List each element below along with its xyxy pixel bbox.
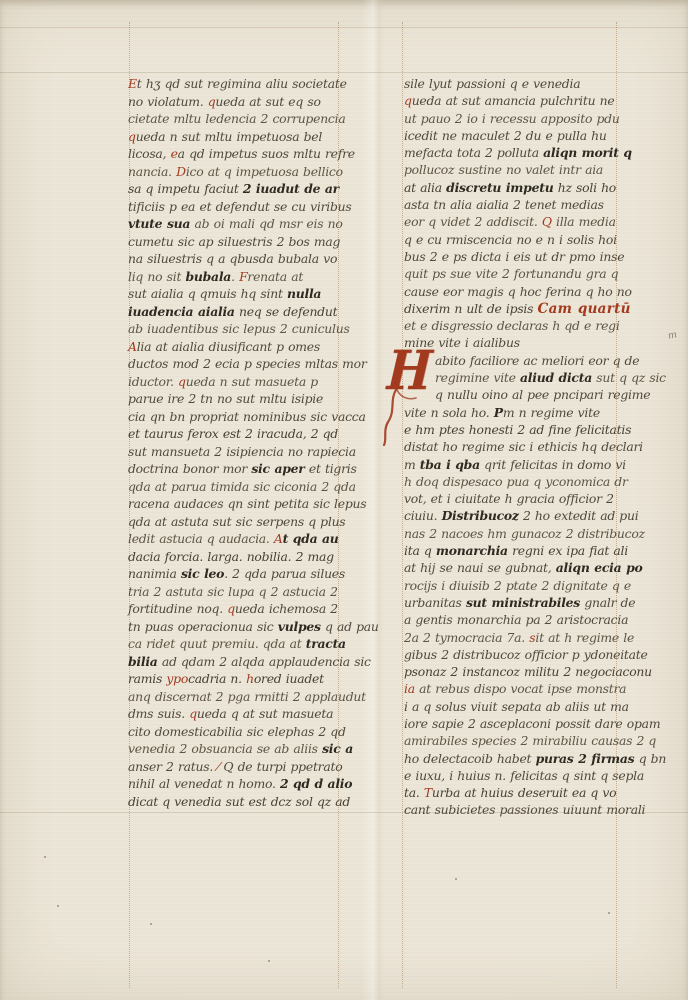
manuscript-line: cito domesticabilia sic elephas 2 qd [128, 723, 366, 741]
manuscript-line: anq discernat 2 pga rmitti 2 applaudut [128, 688, 366, 706]
manuscript-line: e hm ptes honesti 2 ad fine felicitatis [404, 421, 646, 438]
manuscript-line: tificiis p ea et defendut se cu viribus [128, 198, 366, 216]
manuscript-line: tria 2 astuta sic lupa q 2 astucia 2 [128, 583, 366, 601]
ruling-line-horizontal [0, 72, 688, 73]
manuscript-line: icedit ne maculet 2 du e pulla hu [404, 127, 646, 144]
drop-cap-initial: H [389, 344, 435, 444]
manuscript-line: et e disgressio declaras h qd e regi [404, 317, 646, 334]
manuscript-line: i a q solus viuit sepata ab aliis ut ma [404, 698, 646, 715]
manuscript-line: 2a 2 tymocracia 7a. sit at h regime le [404, 629, 646, 646]
manuscript-line: ia at rebus dispo vocat ipse monstra [404, 680, 646, 697]
manuscript-line: m tba i qba qrit felicitas in domo vi [404, 456, 646, 473]
manuscript-line: dacia forcia. larga. nobilia. 2 mag [128, 548, 366, 566]
manuscript-line: quit ps sue vite 2 fortunandu gra q [404, 265, 646, 282]
manuscript-line: liq no sit bubala. Frenata at [128, 268, 366, 286]
manuscript-line: nanimia sic leo. 2 qda parua silues [128, 565, 366, 583]
manuscript-line: vot, et i ciuitate h gracia officior 2 [404, 490, 646, 507]
manuscript-line: regimine vite aliud dicta sut q qz sic [404, 369, 646, 386]
manuscript-line: dicat q venedia sut est dcz sol qz ad [128, 793, 366, 811]
manuscript-line: et taurus ferox est 2 iracuda, 2 qd [128, 425, 366, 443]
manuscript-line: qda at astuta sut sic serpens q plus [128, 513, 366, 531]
paper-speck [57, 905, 59, 907]
manuscript-line: dixerim n ult de ipsis Cam quartū [404, 300, 646, 317]
paper-speck [44, 856, 46, 858]
manuscript-line: ab iuadentibus sic lepus 2 cuniculus [128, 320, 366, 338]
manuscript-line: ita q monarchia regni ex ipa fiat ali [404, 542, 646, 559]
manuscript-line: pollucoz sustine no valet intr aia [404, 161, 646, 178]
manuscript-line: cause eor magis q hoc ferina q ho no [404, 283, 646, 300]
manuscript-line: vtute sua ab oi mali qd msr eis no [128, 215, 366, 233]
text-column-right: sile lyut passioni q e venediaqueda at s… [404, 75, 646, 819]
manuscript-line: cumetu sic ap siluestris 2 bos mag [128, 233, 366, 251]
manuscript-line: at alia discretu impetu hz soli ho [404, 179, 646, 196]
manuscript-line: doctrina bonor mor sic aper et tigris [128, 460, 366, 478]
manuscript-line: fortitudine noq. queda ichemosa 2 [128, 600, 366, 618]
initial-flourish [383, 388, 417, 446]
manuscript-line: ho delectacoib habet puras 2 firmas q bn [404, 750, 646, 767]
manuscript-line: e iuxu, i huius n. felicitas q sint q se… [404, 767, 646, 784]
manuscript-line: vite n sola ho. Pm n regime vite [404, 404, 646, 421]
manuscript-line: ciuiu. Distribucoz 2 ho extedit ad pui [404, 507, 646, 524]
manuscript-line: ut pauo 2 io i recessu apposito pdu [404, 110, 646, 127]
manuscript-line: dms suis. queda q at sut masueta [128, 705, 366, 723]
manuscript-line: mefacta tota 2 polluta aliqn morit q [404, 144, 646, 161]
manuscript-line: iuadencia aialia neq se defendut [128, 303, 366, 321]
manuscript-line: nihil al venedat n homo. 2 qd d alio [128, 775, 366, 793]
manuscript-line: anser 2 ratus. ⁄ Q de turpi ppetrato [128, 758, 366, 776]
manuscript-line: ta. Turba at huius deseruit ea q vo [404, 784, 646, 801]
manuscript-line: ca ridet quut premiu. qda at tracta [128, 635, 366, 653]
manuscript-line: mine vite i aialibus [404, 334, 646, 351]
paper-speck [268, 960, 270, 962]
manuscript-line: amirabiles species 2 mirabiliu causas 2 … [404, 732, 646, 749]
manuscript-line: ledit astucia q audacia. At qda au [128, 530, 366, 548]
manuscript-line: cietate mltu ledencia 2 corrupencia [128, 110, 366, 128]
manuscript-line: at hij se naui se gubnat, aliqn ecia po [404, 559, 646, 576]
manuscript-line: h doq dispesaco pua q yconomica dr [404, 473, 646, 490]
manuscript-line: bus 2 e ps dicta i eis ut dr pmo inse [404, 248, 646, 265]
margin-mark: m [667, 329, 678, 342]
manuscript-line: cia qn bn propriat nominibus sic vacca [128, 408, 366, 426]
manuscript-line: iductor. queda n sut masueta p [128, 373, 366, 391]
manuscript-page: Et hʒ qd sut regimina aliu societateno v… [0, 0, 688, 1000]
manuscript-line: racena audaces qn sint petita sic lepus [128, 495, 366, 513]
paper-speck [150, 923, 152, 925]
manuscript-line: parue ire 2 tn no sut mltu isipie [128, 390, 366, 408]
manuscript-line: a gentis monarchia pa 2 aristocracia [404, 611, 646, 628]
manuscript-line: nas 2 nacoes hm gunacoz 2 distribucoz [404, 525, 646, 542]
manuscript-line: abito faciliore ac meliori eor q de [404, 352, 646, 369]
manuscript-line: venedia 2 obsuancia se ab aliis sic a [128, 740, 366, 758]
manuscript-line: sa q impetu faciut 2 iuadut de ar [128, 180, 366, 198]
manuscript-line: urbanitas sut ministrabiles gnalr de [404, 594, 646, 611]
ruling-line-horizontal [0, 27, 688, 28]
manuscript-line: q nullu oino al pee pncipari regime [404, 386, 646, 403]
manuscript-line: ductos mod 2 ecia p species mltas mor [128, 355, 366, 373]
manuscript-line: Alia at aialia diusificant p omes [128, 338, 366, 356]
manuscript-line: eor q videt 2 addiscit. Q illa media [404, 213, 646, 230]
paper-speck [455, 878, 457, 880]
manuscript-line: qda at parua timida sic ciconia 2 qda [128, 478, 366, 496]
manuscript-line: sut mansueta 2 isipiencia no rapiecia [128, 443, 366, 461]
manuscript-line: bilia ad qdam 2 alqda applaudencia sic [128, 653, 366, 671]
manuscript-line: queda n sut mltu impetuosa bel [128, 128, 366, 146]
manuscript-line: distat ho regime sic i ethicis hq declar… [404, 438, 646, 455]
manuscript-line: Et hʒ qd sut regimina aliu societate [128, 75, 366, 93]
manuscript-line: na siluestris q a qbusda bubala vo [128, 250, 366, 268]
manuscript-line: no violatum. queda at sut eq so [128, 93, 366, 111]
manuscript-line: ramis ypocadria n. hored iuadet [128, 670, 366, 688]
manuscript-line: rocijs i diuisib 2 ptate 2 dignitate q e [404, 577, 646, 594]
manuscript-line: nancia. Dico at q impetuosa bellico [128, 163, 366, 181]
ruling-line-vertical [402, 22, 403, 988]
manuscript-line: asta tn alia aialia 2 tenet medias [404, 196, 646, 213]
text-column-left: Et hʒ qd sut regimina aliu societateno v… [128, 75, 366, 810]
manuscript-line: queda at sut amancia pulchritu ne [404, 92, 646, 109]
manuscript-line: cant subicietes passiones uiuunt morali [404, 801, 646, 818]
manuscript-line: sile lyut passioni q e venedia [404, 75, 646, 92]
manuscript-line: tn puas operacionua sic vulpes q ad pau [128, 618, 366, 636]
paper-speck [608, 912, 610, 914]
chapter-rubric: Cam quartū [538, 301, 631, 317]
manuscript-line: licosa, ea qd impetus suos mltu refre [128, 145, 366, 163]
manuscript-line: sut aialia q qmuis hq sint nulla [128, 285, 366, 303]
manuscript-line: q e cu rmiscencia no e n i solis hoi [404, 231, 646, 248]
manuscript-line: gibus 2 distribucoz officior p ydoneitat… [404, 646, 646, 663]
manuscript-line: iore sapie 2 asceplaconi possit dare opa… [404, 715, 646, 732]
manuscript-line: psonaz 2 instancoz militu 2 negociaconu [404, 663, 646, 680]
